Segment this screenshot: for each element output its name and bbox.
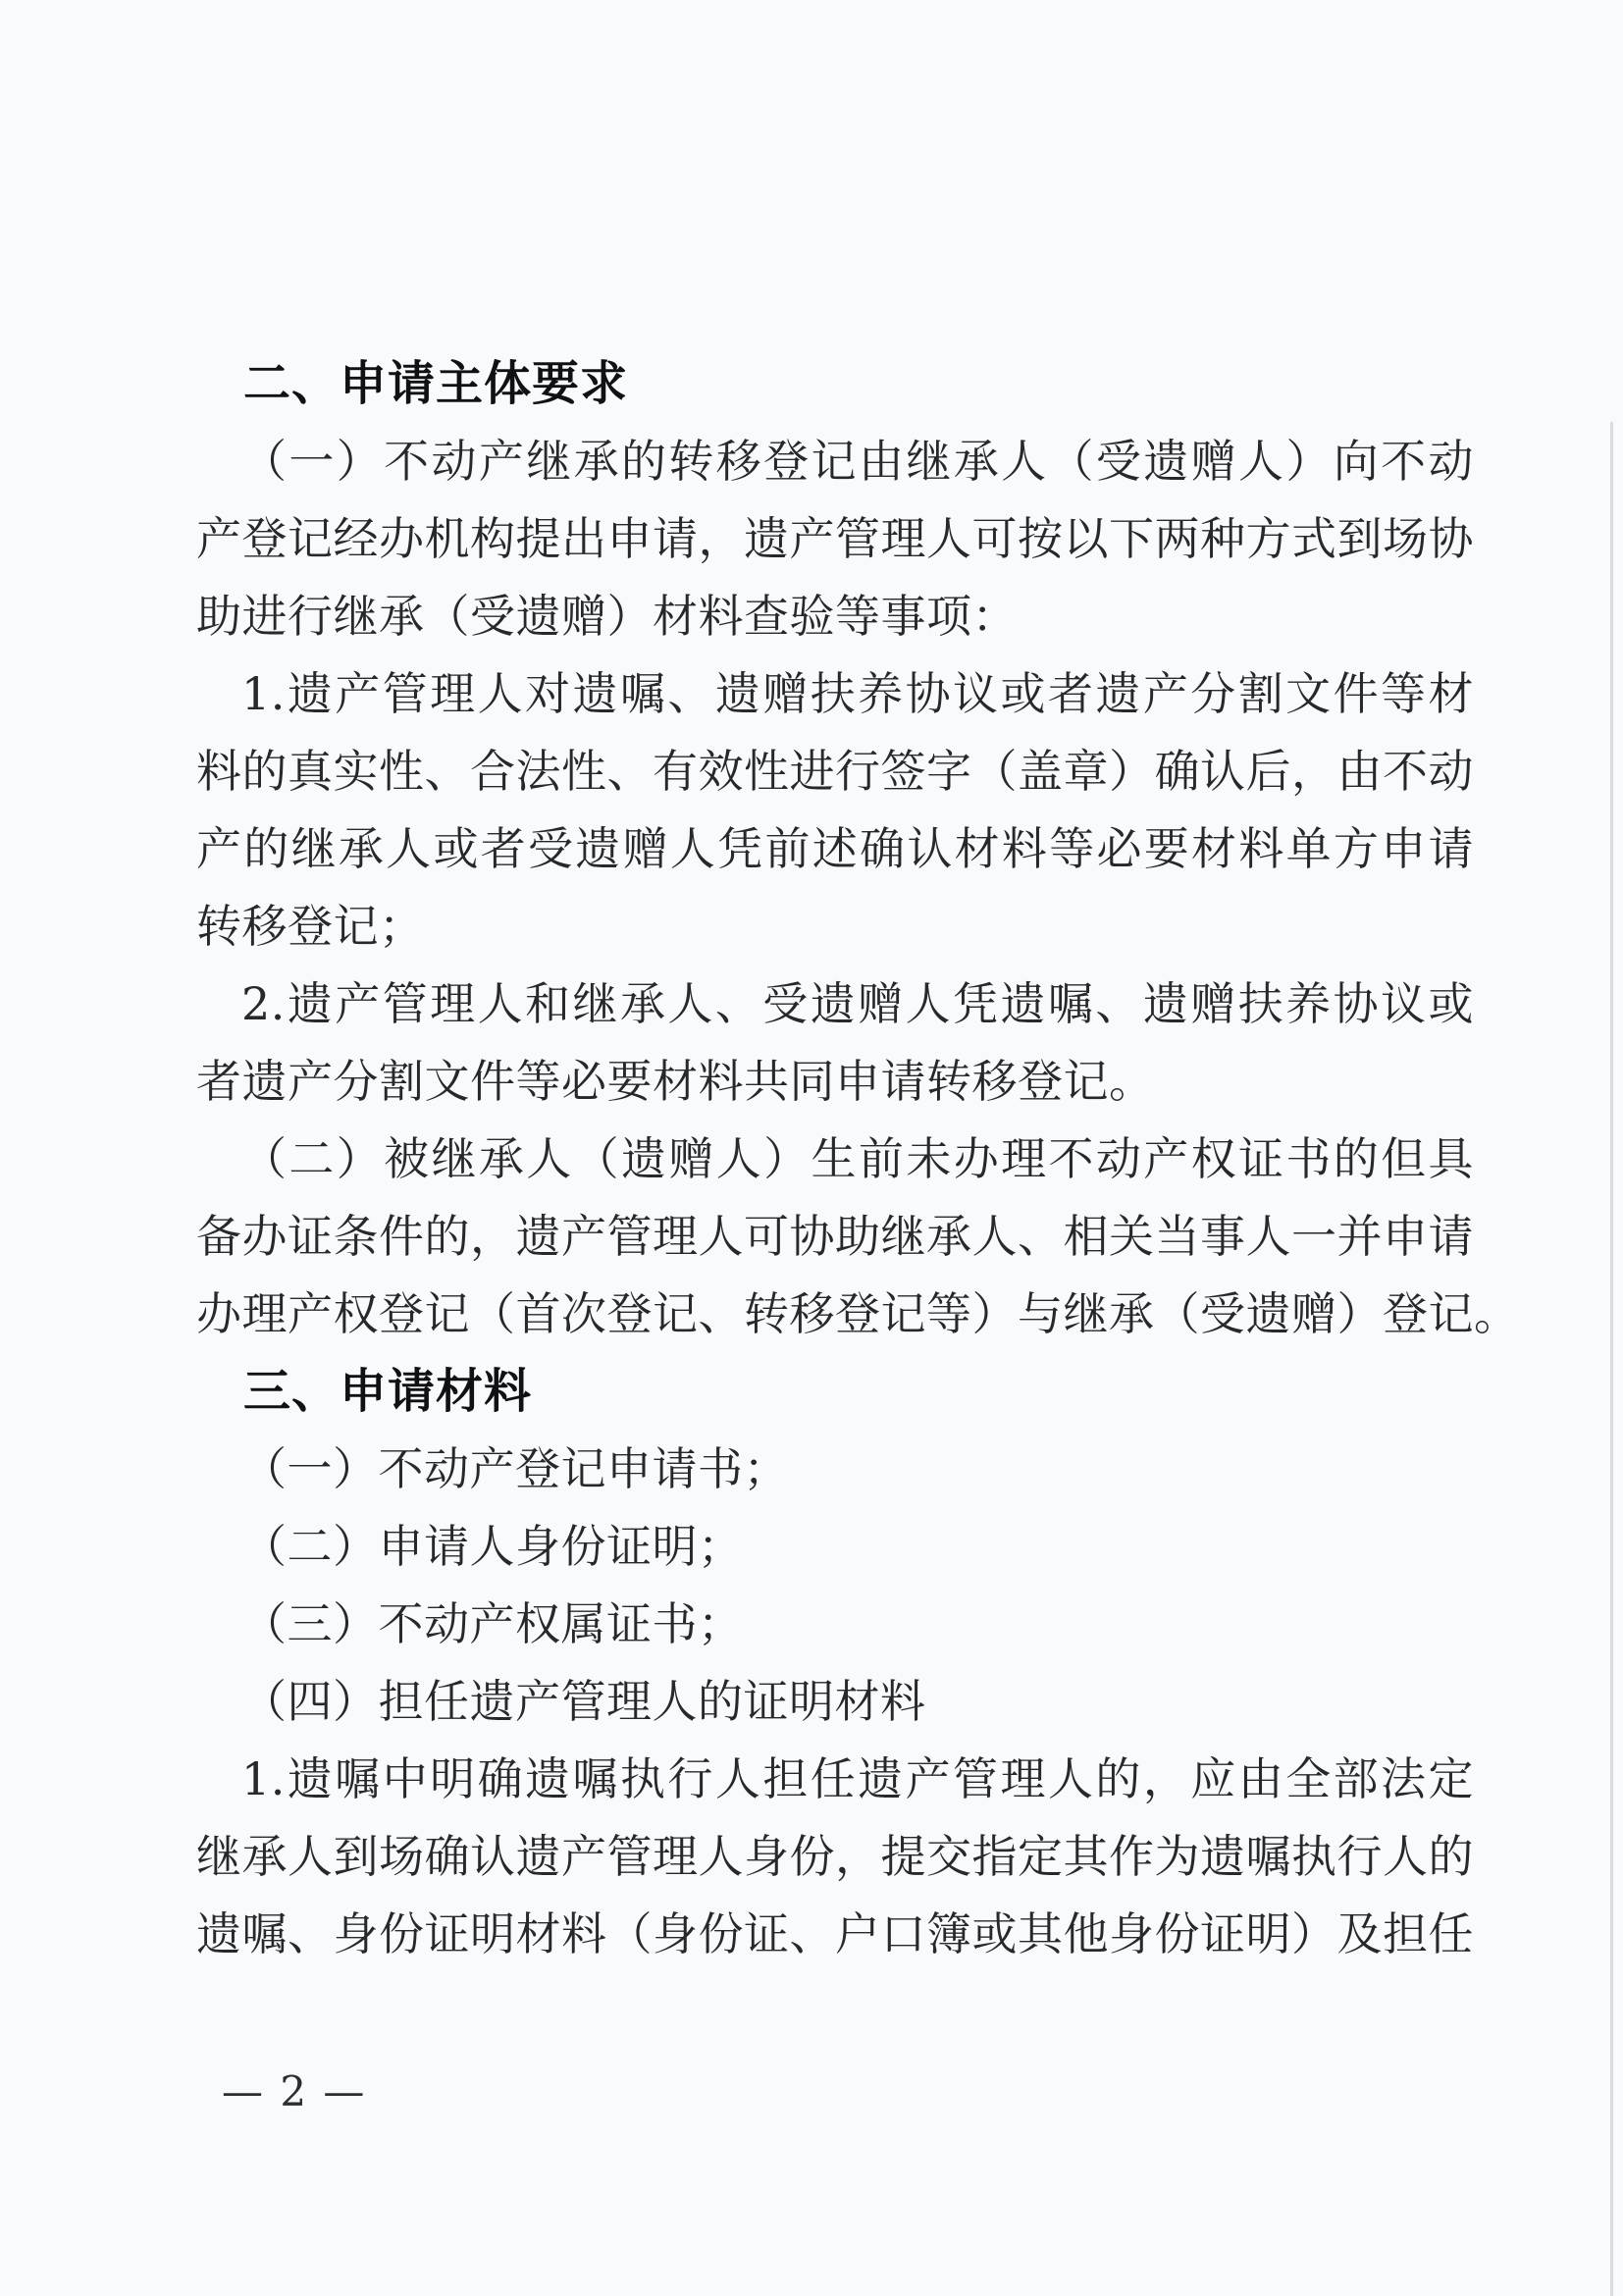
page-number: — 2 —	[222, 2066, 366, 2117]
text-line: 继承人到场确认遗产管理人身份，提交指定其作为遗嘱执行人的	[196, 1818, 1474, 1896]
section-heading-2: 二、申请主体要求	[196, 345, 1474, 423]
text-line: 2.遗产管理人和继承人、受遗赠人凭遗嘱、遗赠扶养协议或	[196, 965, 1474, 1043]
text-line: 办理产权登记（首次登记、转移登记等）与继承（受遗赠）登记。	[196, 1276, 1474, 1353]
text-line: （一）不动产登记申请书；	[196, 1431, 1474, 1508]
text-line: 产的继承人或者受遗赠人凭前述确认材料等必要材料单方申请	[196, 810, 1474, 888]
text-line: 遗嘱、身份证明材料（身份证、户口簿或其他身份证明）及担任	[196, 1896, 1474, 1973]
document-page: 二、申请主体要求 （一）不动产继承的转移登记由继承人（受遗赠人）向不动 产登记经…	[0, 0, 1623, 2296]
scan-edge-line	[1610, 422, 1613, 2296]
text-line: 转移登记；	[196, 888, 1474, 965]
text-line: 1.遗产管理人对遗嘱、遗赠扶养协议或者遗产分割文件等材	[196, 655, 1474, 733]
text-line: 助进行继承（受遗赠）材料查验等事项：	[196, 578, 1474, 655]
text-line: 料的真实性、合法性、有效性进行签字（盖章）确认后，由不动	[196, 733, 1474, 810]
document-body: 二、申请主体要求 （一）不动产继承的转移登记由继承人（受遗赠人）向不动 产登记经…	[196, 345, 1474, 1973]
text-line: （一）不动产继承的转移登记由继承人（受遗赠人）向不动	[196, 423, 1474, 500]
text-line: （三）不动产权属证书；	[196, 1586, 1474, 1663]
section-heading-3: 三、申请材料	[196, 1353, 1474, 1431]
text-line: 产登记经办机构提出申请，遗产管理人可按以下两种方式到场协	[196, 500, 1474, 578]
text-line: 备办证条件的，遗产管理人可协助继承人、相关当事人一并申请	[196, 1198, 1474, 1276]
text-line: （二）申请人身份证明；	[196, 1508, 1474, 1586]
text-line: 1.遗嘱中明确遗嘱执行人担任遗产管理人的，应由全部法定	[196, 1741, 1474, 1818]
text-line: （四）担任遗产管理人的证明材料	[196, 1663, 1474, 1741]
text-line: 者遗产分割文件等必要材料共同申请转移登记。	[196, 1043, 1474, 1121]
text-line: （二）被继承人（遗赠人）生前未办理不动产权证书的但具	[196, 1121, 1474, 1198]
